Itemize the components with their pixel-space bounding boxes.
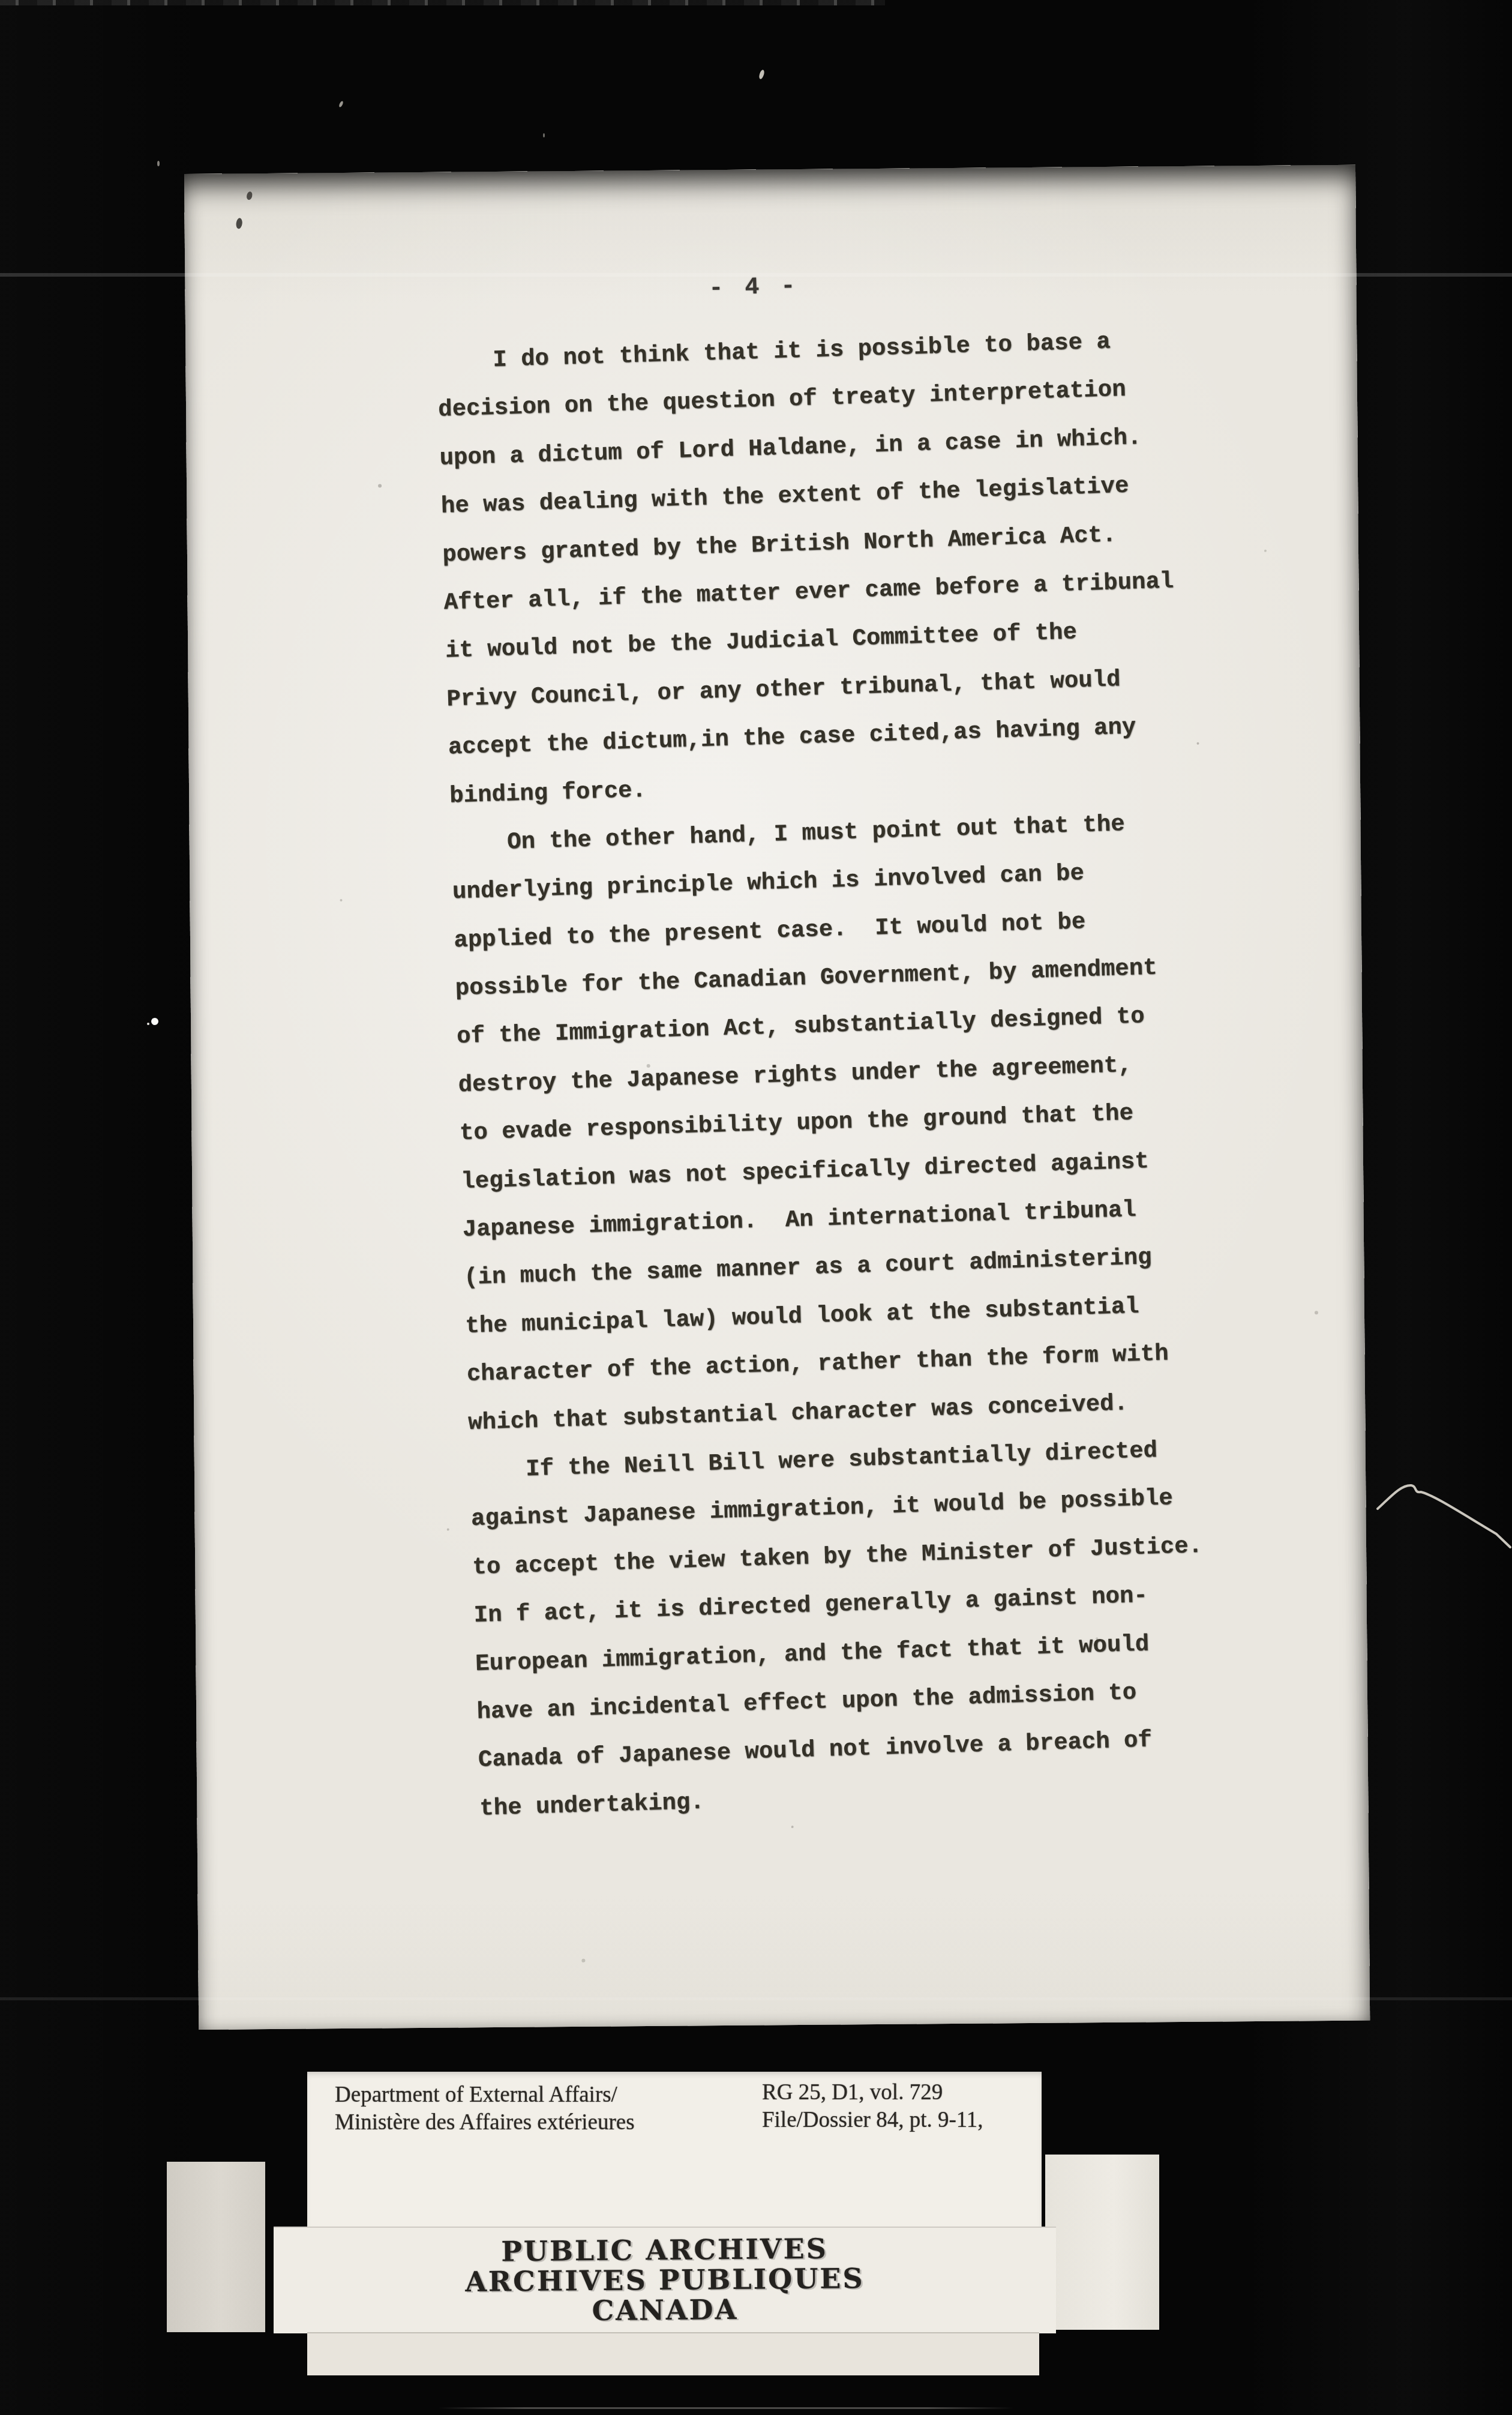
paper-strip-bottom	[307, 2332, 1039, 2375]
reference-file: File/Dossier 84, pt. 9-11,	[762, 2107, 983, 2134]
typed-content-tilt: - 4 - I do not think that it is possible…	[181, 145, 1406, 2035]
reference-volume: RG 25, D1, vol. 729	[762, 2079, 983, 2107]
archive-label-card: Department of External Affairs/ Ministèr…	[307, 2072, 1042, 2227]
paper-patch-right	[1045, 2155, 1159, 2330]
film-bottom-line	[438, 2407, 1014, 2409]
dust-speck	[758, 69, 766, 79]
film-top-edge	[0, 0, 885, 5]
archive-reference-label: RG 25, D1, vol. 729 File/Dossier 84, pt.…	[762, 2079, 983, 2134]
paper-specks	[184, 174, 187, 176]
dust-speck	[157, 161, 160, 166]
paper-patch-left	[167, 2162, 265, 2332]
film-pinhole-speck	[151, 1018, 158, 1025]
archives-stamp-band: PUBLIC ARCHIVES ARCHIVES PUBLIQUES CANAD…	[274, 2227, 1056, 2333]
archive-department-label: Department of External Affairs/ Ministèr…	[335, 2081, 635, 2137]
department-name-fr: Ministère des Affaires extérieures	[335, 2109, 635, 2137]
page-number: - 4 -	[658, 271, 850, 304]
dust-speck	[338, 100, 344, 107]
film-scratch-mark	[1374, 1470, 1512, 1554]
typed-text-block: I do not think that it is possible to ba…	[436, 316, 1210, 1833]
department-name-en: Department of External Affairs/	[335, 2081, 635, 2109]
archives-stamp: PUBLIC ARCHIVES ARCHIVES PUBLIQUES CANAD…	[273, 2224, 1056, 2336]
dust-speck	[543, 133, 545, 137]
stamp-canada: CANADA	[274, 2291, 1056, 2328]
document-page: - 4 - I do not think that it is possible…	[184, 165, 1370, 2030]
